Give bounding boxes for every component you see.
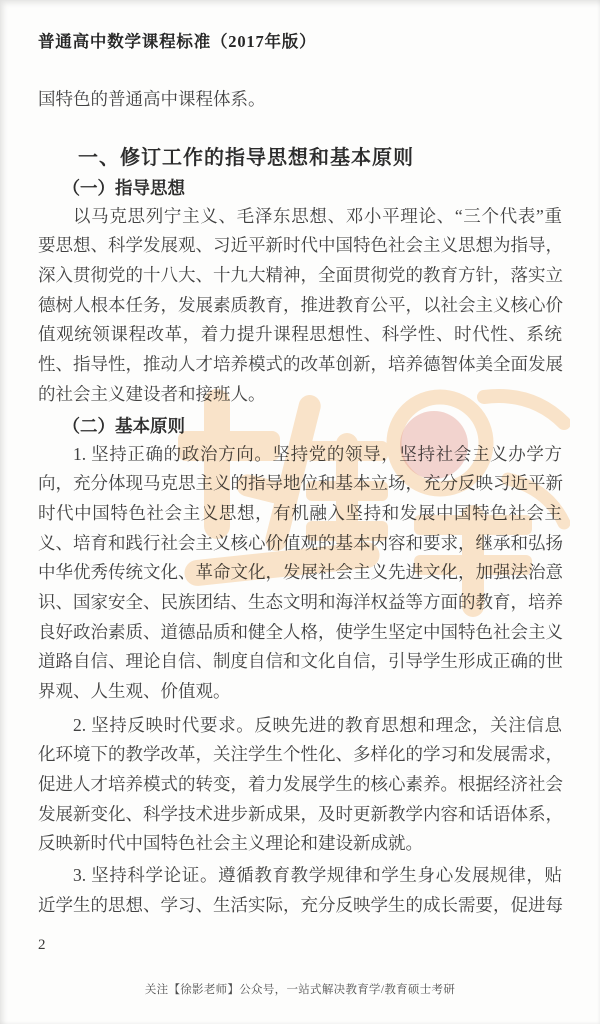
section-title: 一、修订工作的指导思想和基本原则 [38,143,562,173]
text-line: 促进人才培养模式的转变，着力发展学生的核心素养。根据经济社会 [38,770,562,800]
page-body: 国特色的普通高中课程体系。 一、修订工作的指导思想和基本原则 （一）指导思想 以… [38,85,562,955]
text-line: 值观统领课程改革，着力提升课程思想性、科学性、时代性、系统 [38,320,562,350]
text-line: 向，充分体现马克思主义的指导地位和基本立场，充分反映习近平新 [38,469,562,499]
text-line: 良好政治素质、道德品质和健全人格，使学生坚定中国特色社会主义 [38,618,562,648]
text-line: 近学生的思想、学习、生活实际，充分反映学生的成长需要，促进每 [38,891,562,921]
subsection-title-guiding-ideology: （一）指导思想 [38,175,562,202]
text-line: 3. 坚持科学论证。遵循教育教学规律和学生身心发展规律，贴 [38,861,562,891]
text-line: 要思想、科学发展观、习近平新时代中国特色社会主义思想为指导， [38,231,562,261]
text-line: 以马克思列宁主义、毛泽东思想、邓小平理论、“三个代表”重 [38,202,562,232]
text-line: 化环境下的教学改革，关注学生个性化、多样化的学习和发展需求， [38,740,562,770]
paragraph-principle-3: 3. 坚持科学论证。遵循教育教学规律和学生身心发展规律，贴 近学生的思想、学习、… [38,861,562,920]
running-header: 普通高中数学课程标准（2017年版） [38,28,316,52]
text-line: 发展新变化、科学技术进步新成果，及时更新教学内容和话语体系， [38,800,562,830]
document-page: 普通高中数学课程标准（2017年版） 国特色的普通高中课程体系。 一、修订工作的… [0,0,600,1024]
continuation-line: 国特色的普通高中课程体系。 [38,85,562,115]
paragraph-principle-2: 2. 坚持反映时代要求。反映先进的教育思想和理念，关注信息 化环境下的教学改革，… [38,711,562,859]
text-line: 识、国家安全、民族团结、生态文明和海洋权益等方面的教育，培养 [38,588,562,618]
footer-note: 关注【徐影老师】公众号，一站式解决教育学/教育硕士考研 [0,981,600,997]
text-line: 德树人根本任务，发展素质教育，推进教育公平，以社会主义核心价 [38,291,562,321]
subsection-title-basic-principles: （二）基本原则 [38,413,562,440]
paragraph-guiding-ideology: 以马克思列宁主义、毛泽东思想、邓小平理论、“三个代表”重 要思想、科学发展观、习… [38,202,562,410]
text-line: 1. 坚持正确的政治方向。坚持党的领导，坚持社会主义办学方 [38,440,562,470]
text-line: 2. 坚持反映时代要求。反映先进的教育思想和理念，关注信息 [38,711,562,741]
text-line: 深入贯彻党的十八大、十九大精神，全面贯彻党的教育方针，落实立 [38,261,562,291]
text-line: 性、指导性，推动人才培养模式的改革创新，培养德智体美全面发展 [38,350,562,380]
text-line: 界观、人生观、价值观。 [38,677,562,707]
text-line: 义、培育和践行社会主义核心价值观的基本内容和要求，继承和弘扬 [38,529,562,559]
text-line: 时代中国特色社会主义思想，有机融入坚持和发展中国特色社会主 [38,499,562,529]
text-line: 的社会主义建设者和接班人。 [38,380,562,410]
page-number: 2 [38,935,562,955]
text-line: 中华优秀传统文化、革命文化，发展社会主义先进文化，加强法治意 [38,558,562,588]
paragraph-principle-1: 1. 坚持正确的政治方向。坚持党的领导，坚持社会主义办学方 向，充分体现马克思主… [38,440,562,707]
text-line: 反映新时代中国特色社会主义理论和建设新成就。 [38,829,562,859]
text-line: 道路自信、理论自信、制度自信和文化自信，引导学生形成正确的世 [38,647,562,677]
